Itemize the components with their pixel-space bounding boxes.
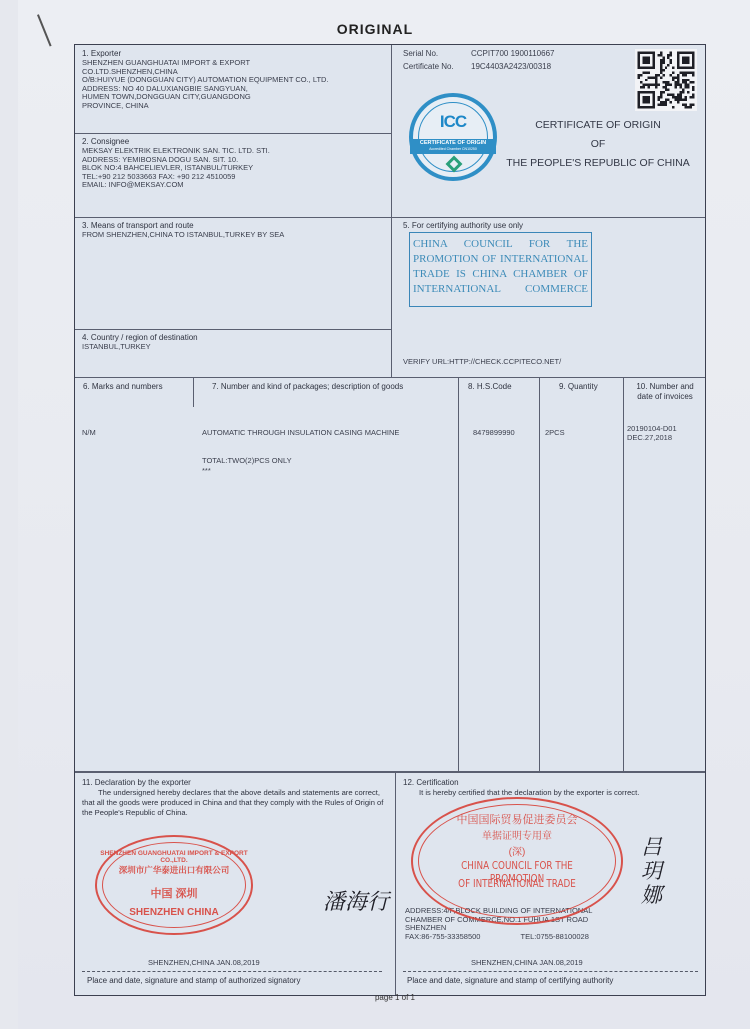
- certifying-authority-box: 5. For certifying authority use only CHI…: [395, 217, 705, 377]
- page-indicator: page 1 of 1: [0, 993, 750, 1002]
- hs-code-header: 8. H.S.Code: [468, 382, 512, 392]
- certificate-title: CERTIFICATE OF ORIGIN OF THE PEOPLE'S RE…: [493, 116, 703, 173]
- exporter-footer-label: Place and date, signature and stamp of a…: [87, 976, 300, 986]
- consignee-details: MEKSAY ELEKTRIK ELEKTRONIK SAN. TIC. LTD…: [82, 147, 387, 190]
- ccpit-certification-stamp: 中国国际贸易促进委员会 单据证明专用章 (深) CHINA COUNCIL FO…: [411, 797, 623, 925]
- exporter-place-date: SHENZHEN,CHINA JAN.08,2019: [148, 959, 260, 968]
- invoice-date: DEC.27,2018: [627, 434, 672, 443]
- total-packages: TOTAL:TWO(2)PCS ONLY: [202, 457, 292, 466]
- marks-header: 6. Marks and numbers: [83, 382, 163, 392]
- certification-label: 12. Certification: [403, 778, 703, 788]
- description-header: 7. Number and kind of packages; descript…: [212, 382, 403, 392]
- exporter-declaration-box: 11. Declaration by the exporter The unde…: [82, 778, 390, 818]
- quantity-value: 2PCS: [545, 429, 565, 438]
- certificate-number: Certificate No.19C4403A2423/00318: [403, 62, 551, 71]
- authority-label: 5. For certifying authority use only: [403, 221, 523, 231]
- destination-box: 4. Country / region of destination ISTAN…: [82, 333, 387, 352]
- certificate-form: 1. Exporter SHENZHEN GUANGHUATAI IMPORT …: [74, 44, 706, 996]
- certification-box: 12. Certification It is hereby certified…: [403, 778, 703, 798]
- certifier-footer-label: Place and date, signature and stamp of c…: [407, 976, 613, 986]
- description-value: AUTOMATIC THROUGH INSULATION CASING MACH…: [202, 429, 399, 438]
- end-mark: ***: [202, 467, 211, 476]
- exporter-signature: 潘海行: [323, 885, 389, 916]
- hs-code-value: 8479899990: [473, 429, 515, 438]
- consignee-box: 2. Consignee MEKSAY ELEKTRIK ELEKTRONIK …: [82, 137, 387, 190]
- verify-url: VERIFY URL:HTTP://CHECK.CCPITECO.NET/: [403, 358, 561, 367]
- declaration-label: 11. Declaration by the exporter: [82, 778, 390, 788]
- exporter-box: 1. Exporter SHENZHEN GUANGHUATAI IMPORT …: [82, 49, 387, 110]
- icc-band: CERTIFICATE OF ORIGIN Accredited Chamber…: [410, 139, 496, 154]
- destination-value: ISTANBUL,TURKEY: [82, 343, 387, 352]
- exporter-company-stamp: SHENZHEN GUANGHUATAI IMPORT & EXPORT CO.…: [95, 835, 253, 935]
- icc-seal: ICC CERTIFICATE OF ORIGIN Accredited Cha…: [409, 93, 497, 181]
- icc-logo: ICC: [413, 112, 493, 132]
- exporter-details: SHENZHEN GUANGHUATAI IMPORT & EXPORTCO.L…: [82, 59, 387, 110]
- declaration-text: The undersigned hereby declares that the…: [82, 788, 390, 818]
- invoice-header: 10. Number and date of invoices: [635, 382, 695, 402]
- qr-code-icon: [635, 49, 697, 111]
- certifier-place-date: SHENZHEN,CHINA JAN.08,2019: [471, 959, 583, 968]
- serial-number: Serial No.CCPIT700 1900110667: [403, 49, 554, 58]
- document-heading: ORIGINAL: [0, 21, 750, 37]
- certification-text: It is hereby certified that the declarat…: [403, 788, 703, 798]
- ccpit-stamp: CHINA COUNCIL FOR THEPROMOTION OF INTERN…: [409, 232, 592, 307]
- certifier-signature: 吕玥娜: [641, 835, 665, 907]
- transport-route: FROM SHENZHEN,CHINA TO ISTANBUL,TURKEY B…: [82, 231, 387, 240]
- quantity-header: 9. Quantity: [559, 382, 598, 392]
- transport-box: 3. Means of transport and route FROM SHE…: [82, 221, 387, 240]
- marks-value: N/M: [82, 429, 96, 438]
